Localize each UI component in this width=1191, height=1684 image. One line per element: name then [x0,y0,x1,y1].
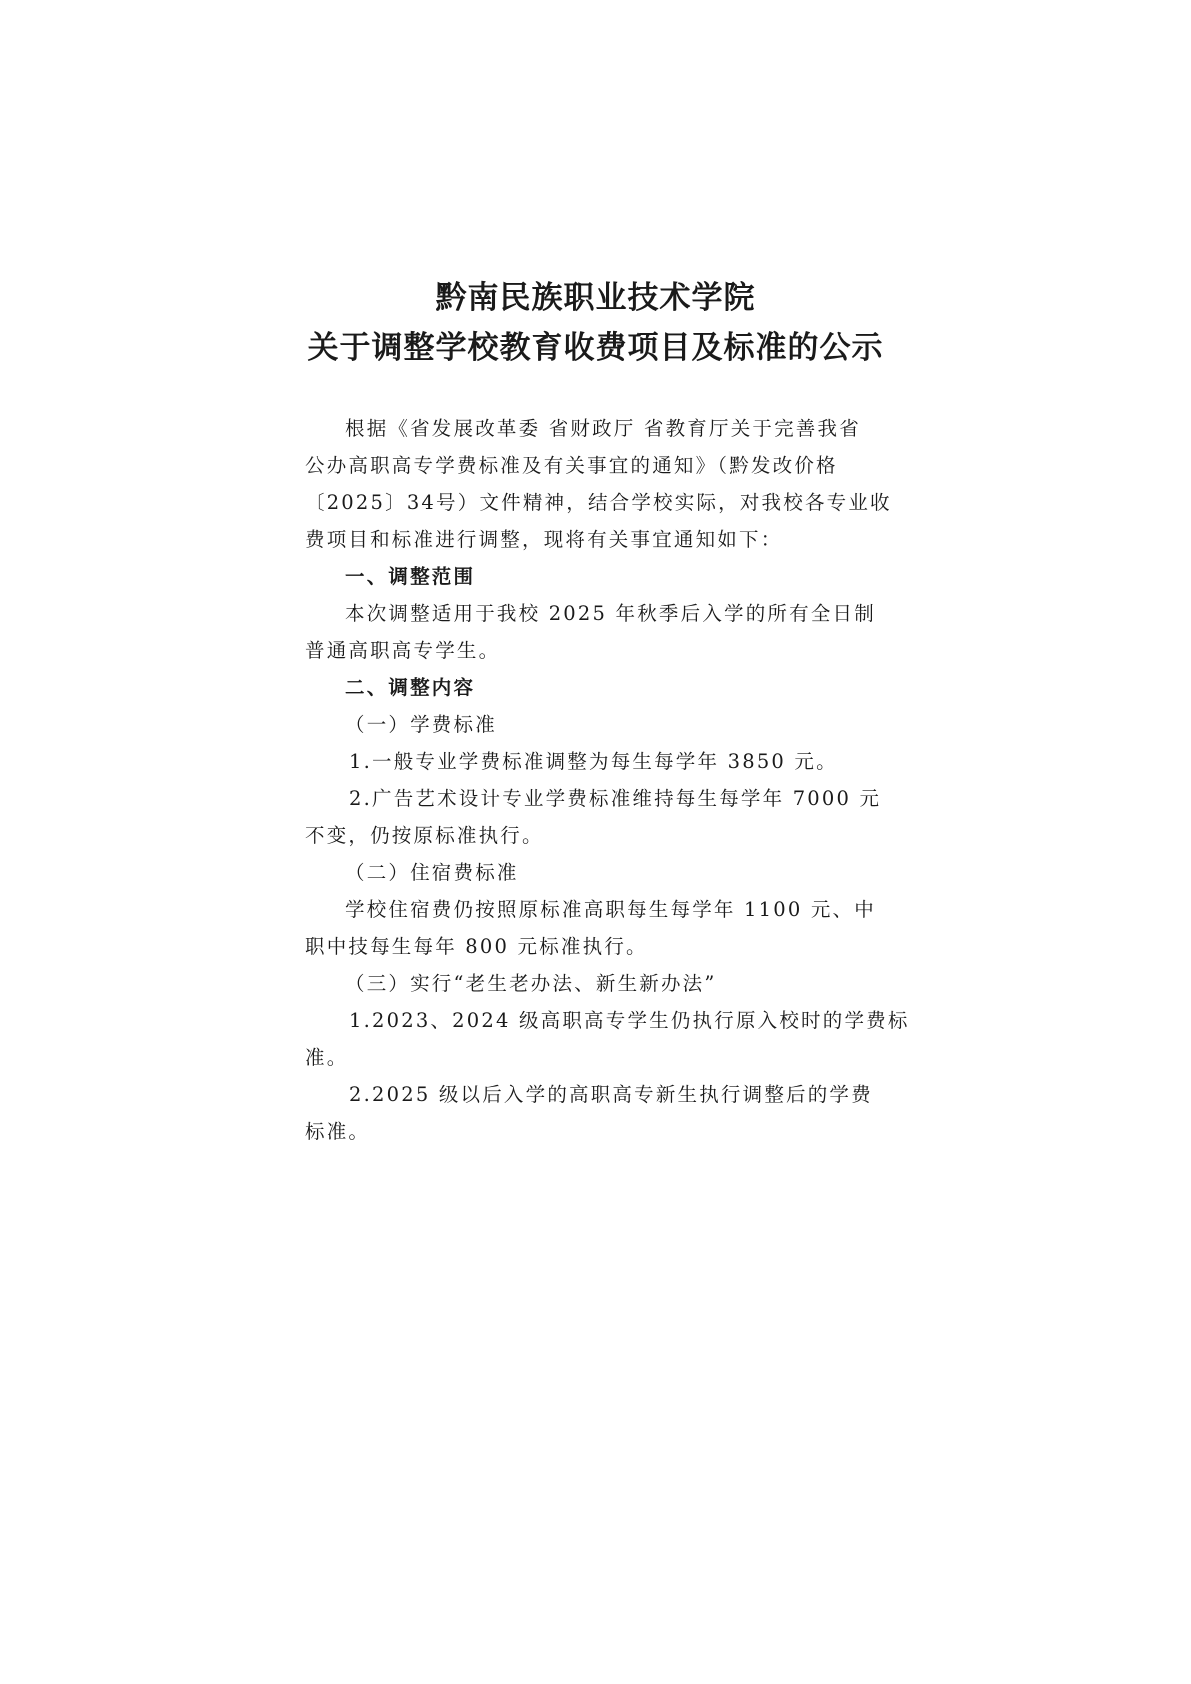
subheading-dormitory: （二）住宿费标准 [305,854,877,891]
tuition-item-2-cont: 不变，仍按原标准执行。 [305,817,877,854]
section-heading-scope: 一、调整范围 [305,558,877,595]
dormitory-line: 学校住宿费仍按照原标准高职每生每学年 1100 元、中 [305,891,877,928]
subheading-policy: （三）实行“老生老办法、新生新办法” [305,965,877,1002]
dormitory-line: 职中技每生每年 800 元标准执行。 [305,928,877,965]
policy-item-1-cont: 准。 [305,1039,877,1076]
intro-line: 〔2025〕34号）文件精神，结合学校实际，对我校各专业收 [305,484,877,521]
tuition-item-2: 2.广告艺术设计专业学费标准维持每生每学年 7000 元 [305,780,877,817]
intro-line: 费项目和标准进行调整，现将有关事宜通知如下： [305,521,877,558]
document-body: 根据《省发展改革委 省财政厅 省教育厅关于完善我省 公办高职高专学费标准及有关事… [305,410,877,1150]
subheading-tuition: （一）学费标准 [305,706,877,743]
policy-item-2: 2.2025 级以后入学的高职高专新生执行调整后的学费 [305,1076,877,1113]
document-title-line1: 黔南民族职业技术学院 [0,272,1191,317]
policy-item-1: 1.2023、2024 级高职高专学生仍执行原入校时的学费标 [305,1002,877,1039]
intro-line: 公办高职高专学费标准及有关事宜的通知》（黔发改价格 [305,447,877,484]
scope-line: 本次调整适用于我校 2025 年秋季后入学的所有全日制 [305,595,877,632]
document-title-line2: 关于调整学校教育收费项目及标准的公示 [0,322,1191,367]
intro-line: 根据《省发展改革委 省财政厅 省教育厅关于完善我省 [305,410,877,447]
policy-item-2-cont: 标准。 [305,1113,877,1150]
tuition-item-1: 1.一般专业学费标准调整为每生每学年 3850 元。 [305,743,877,780]
scope-line: 普通高职高专学生。 [305,632,877,669]
section-heading-content: 二、调整内容 [305,669,877,706]
